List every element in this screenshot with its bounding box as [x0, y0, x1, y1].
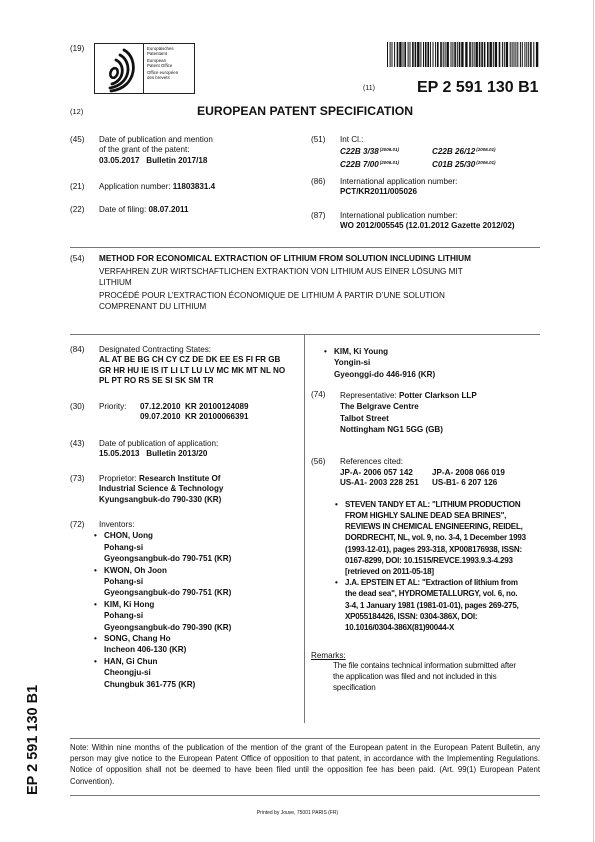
- ipc-classes: C22B 3/38(2006.01) C22B 26/12(2006.01) C…: [340, 145, 532, 170]
- proprietor-name: Industrial Science & Technology: [99, 484, 223, 494]
- application-number-value: 11803831.4: [173, 182, 215, 191]
- inventor-item: •SONG, Chang HoIncheon 406-130 (KR): [104, 633, 231, 656]
- divider: [70, 795, 540, 796]
- representative-address: Nottingham NG1 5GG (GB): [340, 424, 477, 435]
- intl-publication-number-value: WO 2012/005545 (12.01.2012 Gazette 2012/…: [340, 221, 515, 231]
- field-72: (72) Inventors: •CHON, UongPohang-siGyeo…: [70, 520, 231, 690]
- ipc-class: C22B 7/00(2006.01): [340, 158, 432, 170]
- inventor-continued: •KIM, Ki YoungYongin-siGyeonggi-do 446-9…: [324, 346, 435, 380]
- barcode: [387, 42, 539, 67]
- field-code: (87): [311, 211, 325, 221]
- field-label: Int Cl.:: [340, 135, 532, 145]
- grant-date-value: 03.05.2017 Bulletin 2017/18: [99, 156, 213, 166]
- field-43: (43) Date of publication of application:…: [70, 439, 218, 460]
- field-code: (74): [311, 390, 325, 400]
- patent-citation: US-B1- 6 207 126: [432, 478, 532, 489]
- field-code: (30): [70, 402, 84, 412]
- patent-citations: JP-A- 2006 057 142 JP-A- 2008 066 019 US…: [340, 468, 541, 489]
- representative-address: Talbot Street: [340, 413, 477, 424]
- title-french: PROCÉDÉ POUR L’EXTRACTION ÉCONOMIQUE DE …: [99, 291, 545, 312]
- states-line: AL AT BE BG CH CY CZ DE DK EE ES FI FR G…: [99, 355, 285, 365]
- field-label: Inventors:: [99, 520, 231, 530]
- field-label: International publication number:: [340, 211, 515, 221]
- field-21: (21) Application number: 11803831.4: [70, 182, 215, 192]
- field-label: International application number:: [340, 177, 457, 187]
- patent-citation: JP-A- 2006 057 142: [340, 468, 432, 479]
- office-name-de-2: Patentamt: [147, 51, 167, 56]
- representative-address: The Belgrave Centre: [340, 401, 477, 412]
- inventor-item: •KIM, Ki YoungYongin-siGyeonggi-do 446-9…: [334, 346, 435, 380]
- field-code: (72): [70, 520, 84, 530]
- office-name-fr-2: des brevets: [147, 75, 170, 80]
- field-code: (54): [70, 254, 84, 264]
- inventor-list: •KIM, Ki YoungYongin-siGyeonggi-do 446-9…: [334, 346, 435, 380]
- title-english: METHOD FOR ECONOMICAL EXTRACTION OF LITH…: [99, 254, 545, 264]
- ipc-class: C22B 3/38(2006.01): [340, 145, 432, 157]
- office-logo: EuropäischesPatentamt EuropeanPatent Off…: [94, 43, 195, 94]
- field-45: (45) Date of publication and mention of …: [70, 135, 213, 166]
- intl-application-number-value: PCT/KR2011/005026: [340, 187, 457, 197]
- field-code: (45): [70, 135, 84, 145]
- inventor-list: •CHON, UongPohang-siGyeongsangbuk-do 790…: [104, 530, 231, 690]
- field-87: (87) International publication number: W…: [311, 211, 515, 232]
- field-code: (84): [70, 345, 84, 355]
- patent-citation: US-A1- 2003 228 251: [340, 478, 432, 489]
- publication-number: EP 2 591 130 B1: [417, 79, 539, 97]
- field-73: (73) Proprietor: Research Institute Of I…: [70, 474, 223, 505]
- title-german: VERFAHREN ZUR WIRTSCHAFTLICHEN EXTRAKTIO…: [99, 267, 545, 288]
- office-names: EuropäischesPatentamt EuropeanPatent Off…: [147, 46, 178, 83]
- field-74: (74) Representative: Potter Clarkson LLP…: [311, 390, 477, 436]
- field-label: Date of publication of application:: [99, 439, 218, 449]
- application-publication-value: 15.05.2013 Bulletin 2013/20: [99, 449, 218, 459]
- divider: [70, 247, 540, 248]
- field-code: (56): [311, 457, 325, 467]
- field-label: Date of filing:: [99, 205, 149, 214]
- field-label: Application number:: [99, 182, 173, 191]
- field-label: Representative:: [340, 391, 399, 400]
- field-label: Designated Contracting States:: [99, 345, 285, 355]
- field-86: (86) International application number: P…: [311, 177, 457, 198]
- field-code: (51): [311, 135, 325, 145]
- states-line: PL PT RO RS SE SI SK SM TR: [99, 376, 285, 386]
- field-51: (51) Int Cl.: C22B 3/38(2006.01) C22B 26…: [311, 135, 532, 170]
- ipc-class: C01B 25/30(2006.01): [432, 158, 532, 170]
- field-30: (30) Priority: 07.12.2010 KR 20100124089…: [70, 402, 248, 423]
- field-code: (43): [70, 439, 84, 449]
- divider: [70, 334, 540, 335]
- divider: [70, 738, 540, 739]
- ipc-class: C22B 26/12(2006.01): [432, 145, 532, 157]
- code-11: (11): [363, 84, 375, 94]
- inventor-item: •CHON, UongPohang-siGyeongsangbuk-do 790…: [104, 530, 231, 564]
- field-code: (73): [70, 474, 84, 484]
- code-12: (12): [70, 107, 83, 117]
- patent-citation: JP-A- 2008 066 019: [432, 468, 532, 479]
- remarks: Remarks: The file contains technical inf…: [311, 651, 516, 693]
- remarks-label: Remarks:: [311, 651, 516, 661]
- side-publication-number: EP 2 591 130 B1: [28, 685, 38, 795]
- epo-logo-icon: [95, 44, 143, 93]
- filing-date-value: 08.07.2011: [149, 205, 189, 214]
- opposition-note: Note: Within nine months of the publicat…: [70, 742, 540, 787]
- printer-imprint: Printed by Jouve, 75001 PARIS (FR): [0, 808, 595, 818]
- proprietor-name: Research Institute Of: [139, 474, 220, 483]
- npl-citation: • STEVEN TANDY ET AL: "LITHIUM PRODUCTIO…: [345, 499, 541, 577]
- proprietor-address: Kyungsangbuk-do 790-330 (KR): [99, 495, 223, 505]
- inventor-item: •HAN, Gi ChunCheongju-siChungbuk 361-775…: [104, 656, 231, 690]
- office-name-en-2: Patent Office: [147, 63, 172, 68]
- field-22: (22) Date of filing: 08.07.2011: [70, 205, 189, 215]
- priority-line: 09.07.2010 KR 20100066391: [140, 412, 248, 422]
- priority-line: 07.12.2010 KR 20100124089: [140, 402, 248, 412]
- code-19: (19): [70, 44, 84, 54]
- logo-divider: [143, 44, 144, 93]
- field-label: Date of publication and mention: [99, 135, 213, 145]
- field-label: of the grant of the patent:: [99, 145, 213, 155]
- field-84: (84) Designated Contracting States: AL A…: [70, 345, 285, 387]
- field-label: Proprietor:: [99, 474, 139, 483]
- npl-citations: • STEVEN TANDY ET AL: "LITHIUM PRODUCTIO…: [345, 499, 541, 633]
- inventor-item: •KIM, Ki HongPohang-siGyeongsangbuk-do 7…: [104, 599, 231, 633]
- states-line: GR HR HU IE IS IT LI LT LU LV MC MK MT N…: [99, 366, 285, 376]
- inventor-item: •KWON, Oh JoonPohang-siGyeongsangbuk-do …: [104, 565, 231, 599]
- field-label: Priority:: [99, 402, 140, 423]
- npl-citation: • J.A. EPSTEIN ET AL: "Extraction of lit…: [345, 577, 541, 633]
- field-54-title: (54) METHOD FOR ECONOMICAL EXTRACTION OF…: [70, 254, 545, 312]
- field-code: (21): [70, 182, 84, 192]
- field-56: (56) References cited: JP-A- 2006 057 14…: [311, 457, 541, 633]
- remarks-text: The file contains technical information …: [333, 661, 516, 672]
- representative-name: Potter Clarkson LLP: [399, 391, 477, 400]
- remarks-text: specification: [333, 683, 516, 694]
- field-code: (22): [70, 205, 84, 215]
- document-type-title: EUROPEAN PATENT SPECIFICATION: [197, 104, 413, 118]
- column-divider: [304, 334, 305, 723]
- remarks-text: the application was filed and not includ…: [333, 672, 516, 683]
- field-label: References cited:: [340, 457, 541, 468]
- field-code: (86): [311, 177, 325, 187]
- page-edge: [593, 0, 594, 842]
